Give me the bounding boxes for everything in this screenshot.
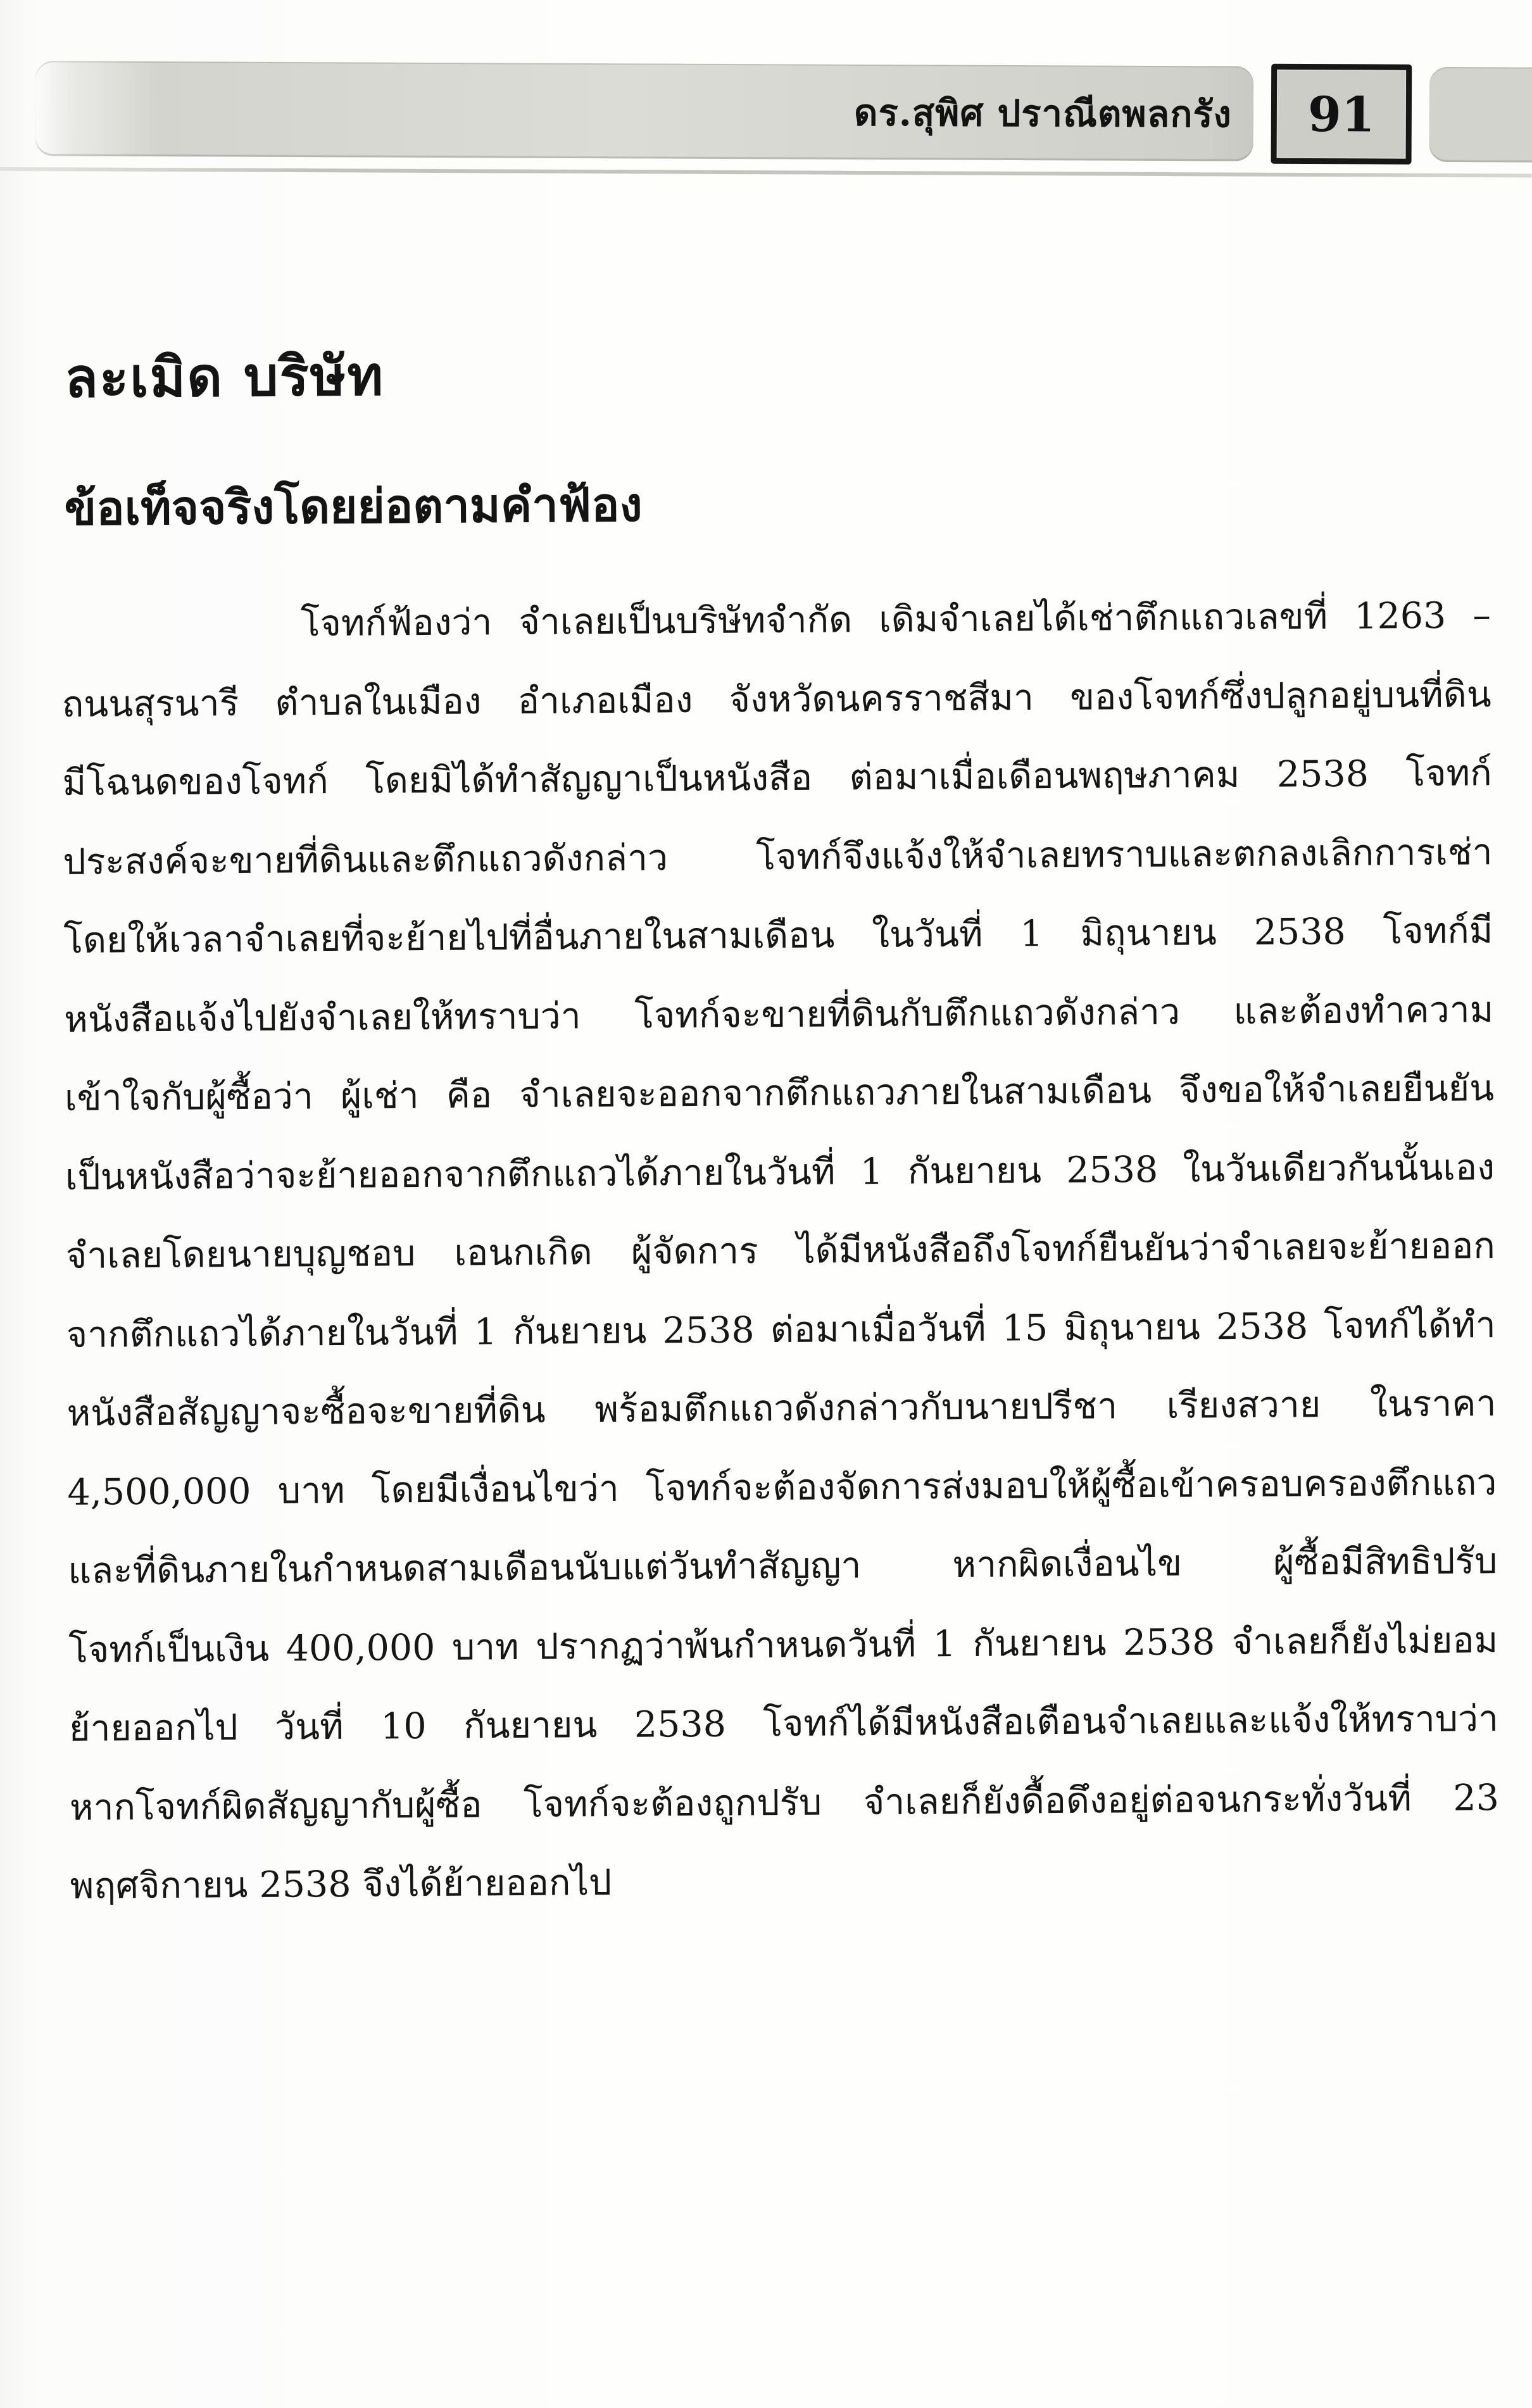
paragraph-line: เข้าใจกับผู้ซื้อว่า ผู้เช่า คือ จำเลยจะอ… — [65, 1049, 1495, 1138]
paragraph-line: หากโจทก์ผิดสัญญากับผู้ซื้อ โจทก์จะต้องถู… — [70, 1759, 1500, 1847]
paragraph-line: โจทก์ฟ้องว่า จำเลยเป็นบริษัทจำกัด เดิมจำ… — [61, 576, 1491, 665]
paragraph-line: ย้ายออกไป วันที่ 10 กันยายน 2538 โจทก์ได… — [69, 1679, 1499, 1768]
paragraph-line: โจทก์เป็นเงิน 400,000 บาท ปรากฏว่าพ้นกำห… — [68, 1601, 1498, 1690]
section-heading: ข้อเท็จจริงโดยย่อตามคำฟ้อง — [64, 467, 643, 546]
paragraph-line: โดยให้เวลาจำเลยที่จะย้ายไปที่อื่นภายในสา… — [63, 891, 1493, 980]
paragraph-line: มีโฉนดของโจทก์ โดยมิได้ทำสัญญาเป็นหนังสื… — [62, 734, 1492, 822]
book-page: ดร.สุพิศ ปราณีตพลกรัง 91 ละเมิด บริษัท ข… — [0, 0, 1532, 2408]
paragraph-line: ถนนสุรนารี ตำบลในเมือง อำเภอเมือง จังหวั… — [61, 655, 1491, 744]
paragraph-line: เป็นหนังสือว่าจะย้ายออกจากตึกแถวได้ภายใน… — [65, 1128, 1495, 1217]
paragraph-line: 4,500,000 บาท โดยมีเงื่อนไขว่า โจทก์จะต้… — [67, 1443, 1497, 1532]
paragraph-line: ประสงค์จะขายที่ดินและตึกแถวดังกล่าว โจทก… — [63, 813, 1493, 901]
paragraph-line: หนังสือแจ้งไปยังจำเลยให้ทราบว่า โจทก์จะข… — [64, 970, 1494, 1059]
paragraph-line: หนังสือสัญญาจะซื้อจะขายที่ดิน พร้อมตึกแถ… — [66, 1364, 1497, 1453]
chapter-title: ละเมิด บริษัท — [65, 332, 385, 421]
paragraph-line: พฤศจิกายน 2538 จึงได้ย้ายออกไป — [70, 1837, 1500, 1926]
paragraph-line: และที่ดินภายในกำหนดสามเดือนนับแต่วันทำสั… — [68, 1522, 1498, 1610]
paragraph: โจทก์ฟ้องว่า จำเลยเป็นบริษัทจำกัด เดิมจำ… — [61, 576, 1500, 1926]
page-content: ละเมิด บริษัท ข้อเท็จจริงโดยย่อตามคำฟ้อง… — [57, 0, 1506, 2408]
paragraph-line: จากตึกแถวได้ภายในวันที่ 1 กันยายน 2538 ต… — [66, 1286, 1496, 1374]
paragraph-line: จำเลยโดยนายบุญชอบ เอนกเกิด ผู้จัดการ ได้… — [65, 1207, 1495, 1295]
